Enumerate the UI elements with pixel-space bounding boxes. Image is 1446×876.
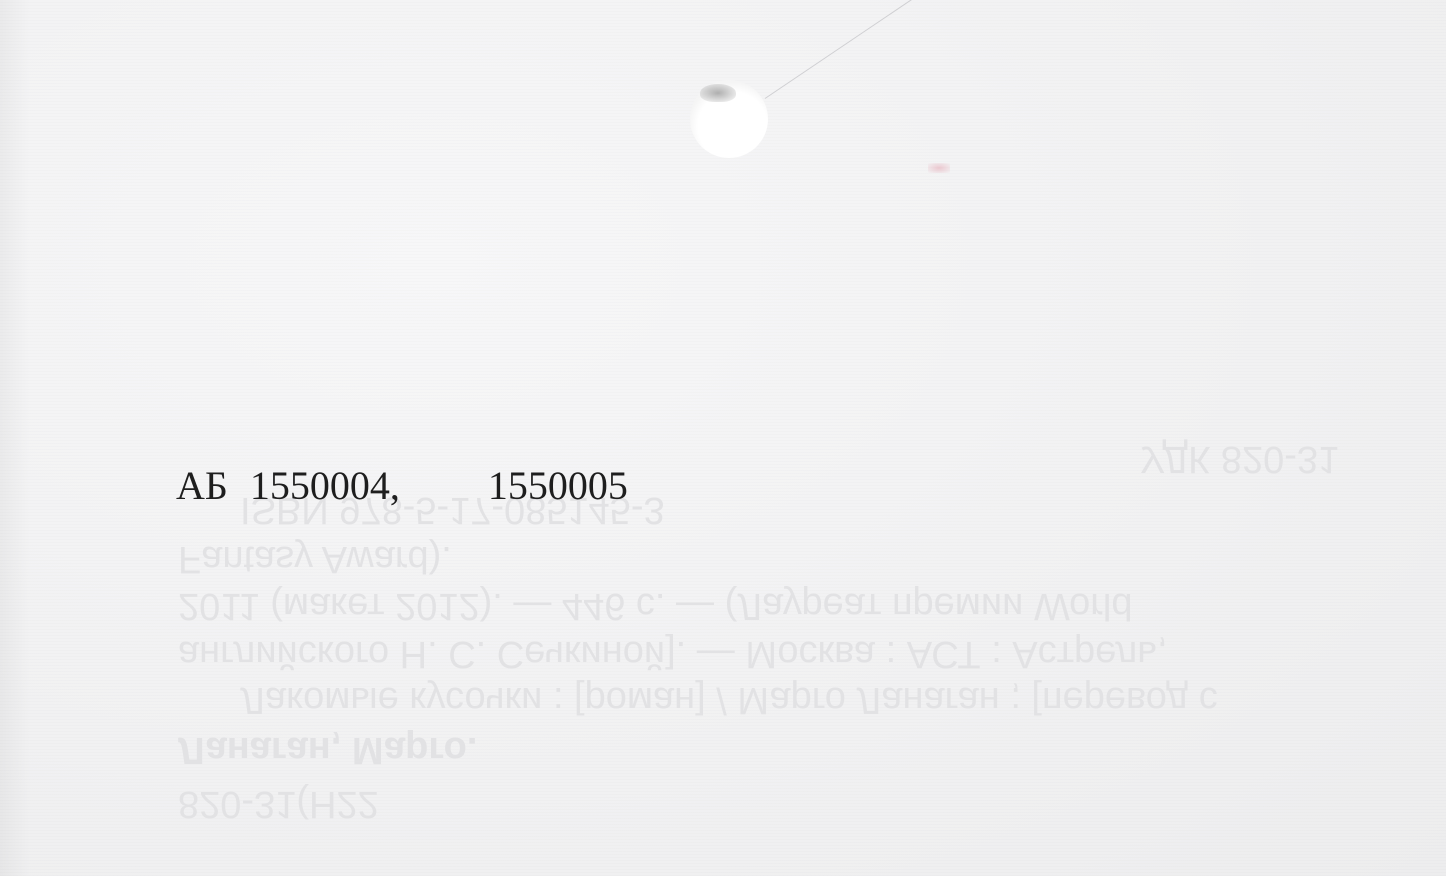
bleed-udc: УДК 820-31 — [1140, 437, 1339, 480]
inventory-prefix: АБ — [176, 463, 228, 508]
inventory-number-1: 1550004, — [250, 463, 400, 508]
bleed-class: 820-31(Н22 — [178, 782, 379, 825]
inventory-number-2: 1550005 — [488, 463, 628, 508]
bleed-line-3: Fantasy Award). — [178, 537, 452, 580]
catalog-card: УДК 820-31 ISBN 978-5-17-085145-3 Fantas… — [0, 0, 1446, 876]
thread-line — [765, 0, 915, 99]
bleed-line-6: Лакомые кусочки : [роман] / Марго Ланага… — [240, 678, 1218, 721]
bleed-author: Ланаган, Марго. — [178, 728, 477, 771]
bleed-line-4: 2011 (макет 2012). — 446 с. — (Лауреат п… — [178, 584, 1133, 627]
bleed-line-5: английского Н. С. Сечкиной]. — Москва : … — [178, 632, 1168, 675]
ink-speck — [928, 163, 950, 173]
inventory-stamp: АБ1550004,1550005 — [176, 462, 628, 509]
scan-edge-shadow — [0, 0, 30, 876]
punch-hole — [690, 80, 768, 158]
